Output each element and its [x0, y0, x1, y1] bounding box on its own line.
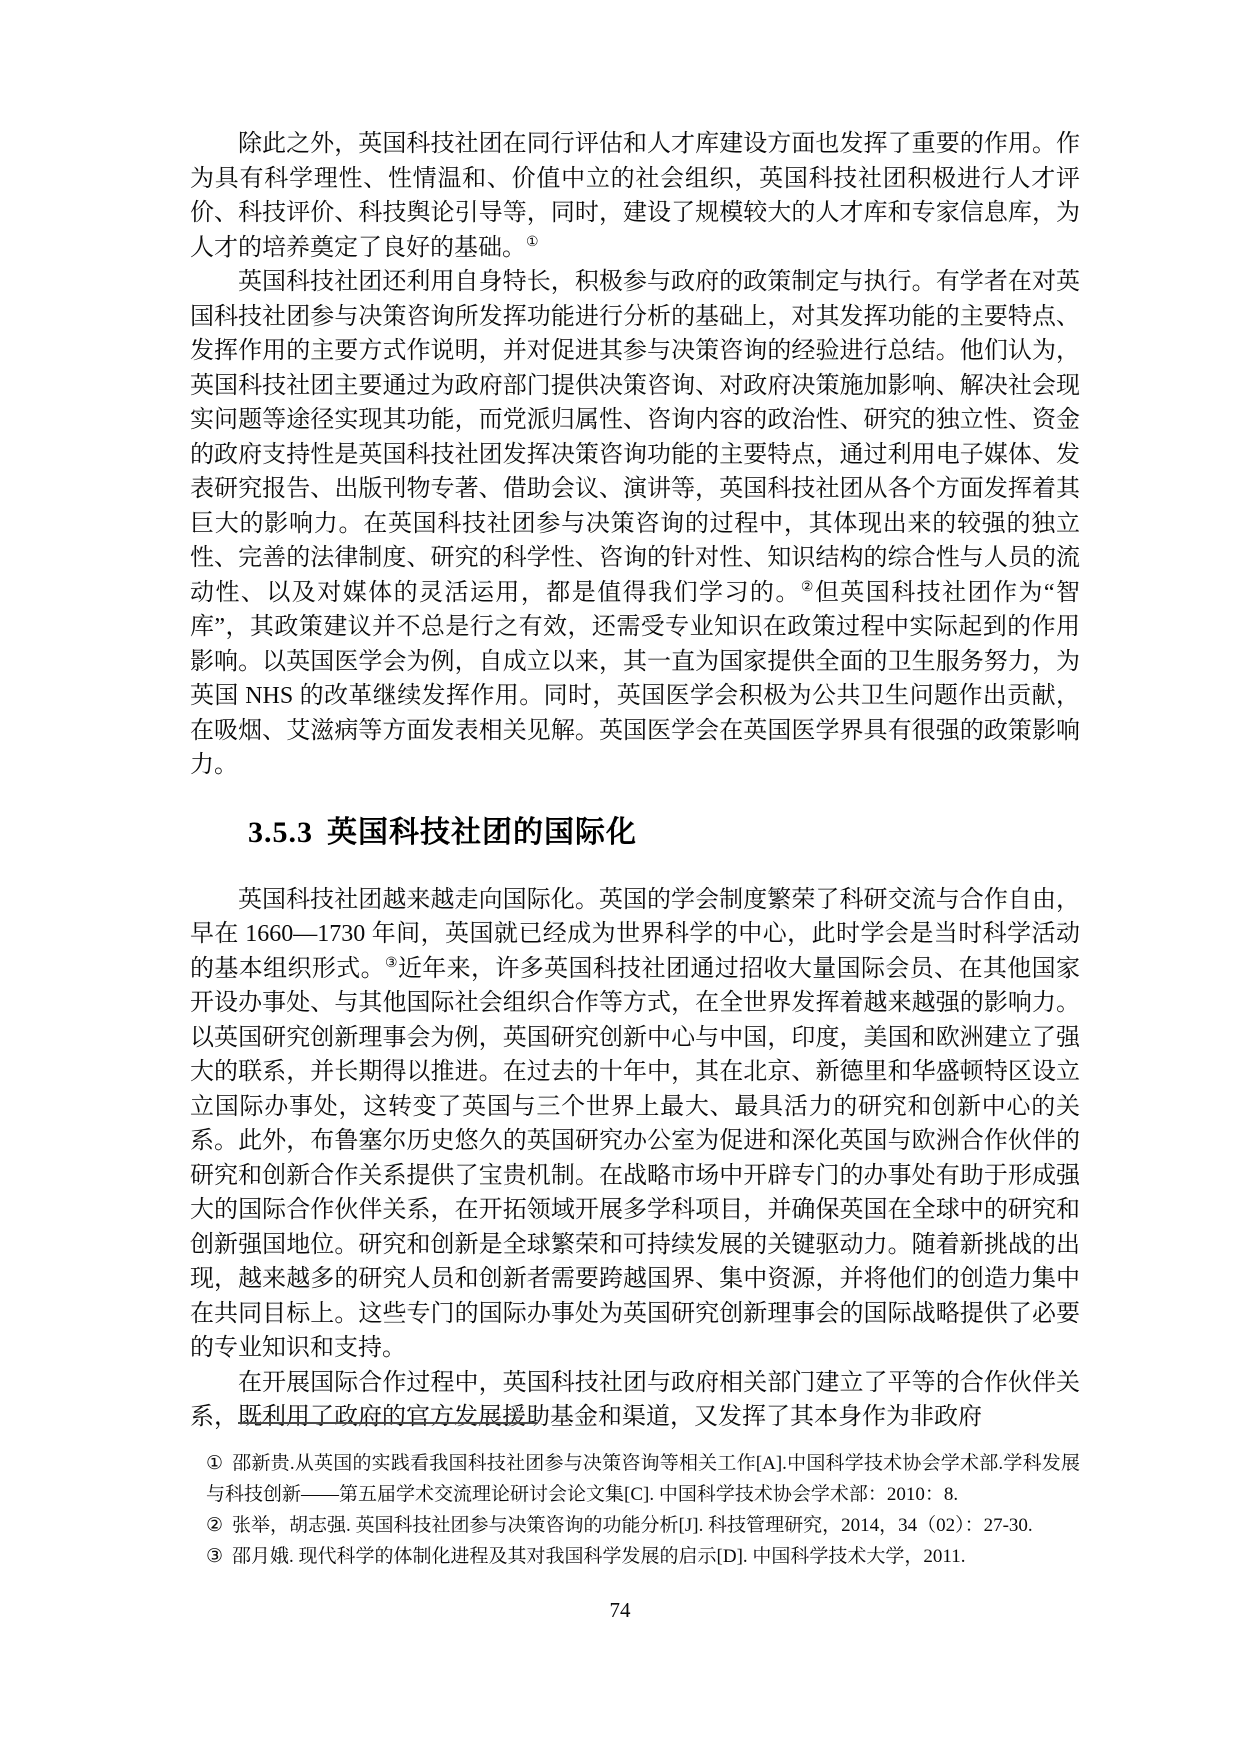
footnote-2-text: 张举，胡志强. 英国科技社团参与决策咨询的功能分析[J]. 科技管理研究，201… — [232, 1515, 1033, 1536]
footnote-ref-2: ② — [801, 580, 815, 595]
paragraph-1: 除此之外，英国科技社团在同行评估和人才库建设方面也发挥了重要的作用。作为具有科学… — [190, 127, 1080, 265]
paragraph-2-text: 英国科技社团还利用自身特长，积极参与政府的政策制定与执行。有学者在对英国科技社团… — [190, 269, 1080, 606]
footnotes-section: ①邵新贵.从英国的实践看我国科技社团参与决策咨询等相关工作[A].中国科学技术协… — [206, 1422, 1080, 1572]
paragraph-4-text: 在开展国际合作过程中，英国科技社团与政府相关部门建立了平等的合作伙伴关系，既利用… — [190, 1370, 1080, 1431]
footnote-1: ①邵新贵.从英国的实践看我国科技社团参与决策咨询等相关工作[A].中国科学技术协… — [206, 1448, 1080, 1510]
section-heading: 3.5.3英国科技社团的国际化 — [248, 807, 1080, 851]
section-heading-title: 英国科技社团的国际化 — [327, 816, 637, 849]
paragraph-3: 英国科技社团越来越走向国际化。英国的学会制度繁荣了科研交流与合作自由，早在 16… — [190, 883, 1080, 1366]
page-content: 除此之外，英国科技社团在同行评估和人才库建设方面也发挥了重要的作用。作为具有科学… — [0, 0, 1240, 1435]
document-page: 除此之外，英国科技社团在同行评估和人才库建设方面也发挥了重要的作用。作为具有科学… — [0, 0, 1240, 1753]
paragraph-2: 英国科技社团还利用自身特长，积极参与政府的政策制定与执行。有学者在对英国科技社团… — [190, 265, 1080, 783]
paragraph-3-text-after: 近年来，许多英国科技社团通过招收大量国际会员、在其他国家开设办事处、与其他国际社… — [190, 956, 1080, 1362]
footnote-separator-rule — [238, 1422, 538, 1424]
paragraph-1-text: 除此之外，英国科技社团在同行评估和人才库建设方面也发挥了重要的作用。作为具有科学… — [190, 131, 1080, 261]
paragraph-2-text-after: 但英国科技社团作为“智库”，其政策建议并不总是行之有效，还需受专业知识在政策过程… — [190, 580, 1080, 779]
footnote-3: ③邵月娥. 现代科学的体制化进程及其对我国科学发展的启示[D]. 中国科学技术大… — [206, 1541, 1080, 1572]
footnote-2-marker: ② — [206, 1515, 223, 1536]
footnote-3-marker: ③ — [206, 1546, 223, 1567]
footnote-1-marker: ① — [206, 1453, 223, 1474]
section-heading-number: 3.5.3 — [248, 816, 313, 849]
footnote-ref-3: ③ — [385, 956, 398, 971]
footnote-1-text: 邵新贵.从英国的实践看我国科技社团参与决策咨询等相关工作[A].中国科学技术协会… — [206, 1453, 1080, 1505]
footnote-2: ②张举，胡志强. 英国科技社团参与决策咨询的功能分析[J]. 科技管理研究，20… — [206, 1510, 1080, 1541]
footnote-ref-1: ① — [526, 235, 539, 250]
footnote-3-text: 邵月娥. 现代科学的体制化进程及其对我国科学发展的启示[D]. 中国科学技术大学… — [232, 1546, 965, 1567]
page-number: 74 — [0, 1598, 1240, 1623]
